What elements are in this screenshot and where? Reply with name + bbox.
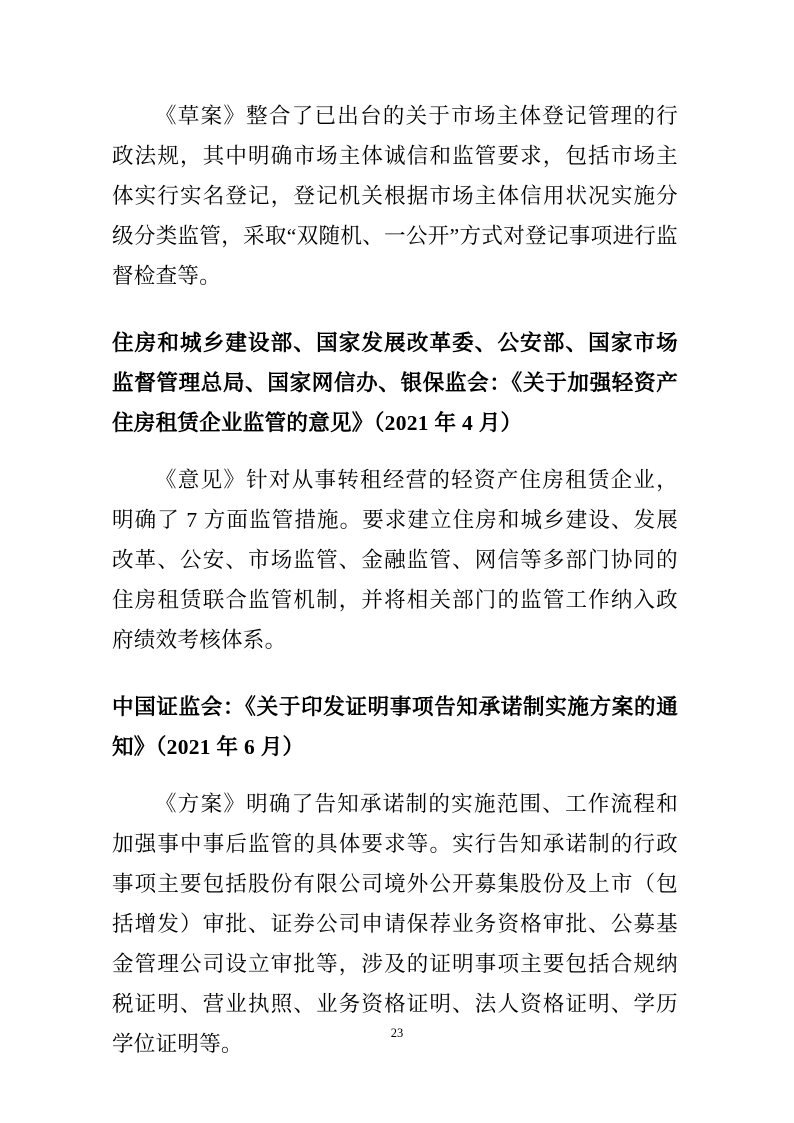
section-heading-housing-rental-opinion: 住房和城乡建设部、国家发展改革委、公安部、国家市场监督管理总局、国家网信办、银保… — [112, 323, 678, 443]
body-paragraph-draft-regulation: 《草案》整合了已出台的关于市场主体登记管理的行政法规，其中明确市场主体诚信和监管… — [112, 96, 678, 296]
document-page: 《草案》整合了已出台的关于市场主体登记管理的行政法规，其中明确市场主体诚信和监管… — [0, 0, 794, 1123]
body-paragraph-csrc-notice: 《方案》明确了告知承诺制的实施范围、工作流程和加强事中事后监管的具体要求等。实行… — [112, 784, 678, 1064]
section-heading-csrc-notice: 中国证监会：《关于印发证明事项告知承诺制实施方案的通知》（2021 年 6 月） — [112, 687, 678, 767]
body-paragraph-housing-rental-opinion: 《意见》针对从事转租经营的轻资产住房租赁企业，明确了 7 方面监管措施。要求建立… — [112, 460, 678, 660]
page-number: 23 — [0, 1026, 794, 1041]
page-content: 《草案》整合了已出台的关于市场主体登记管理的行政法规，其中明确市场主体诚信和监管… — [112, 96, 678, 1064]
